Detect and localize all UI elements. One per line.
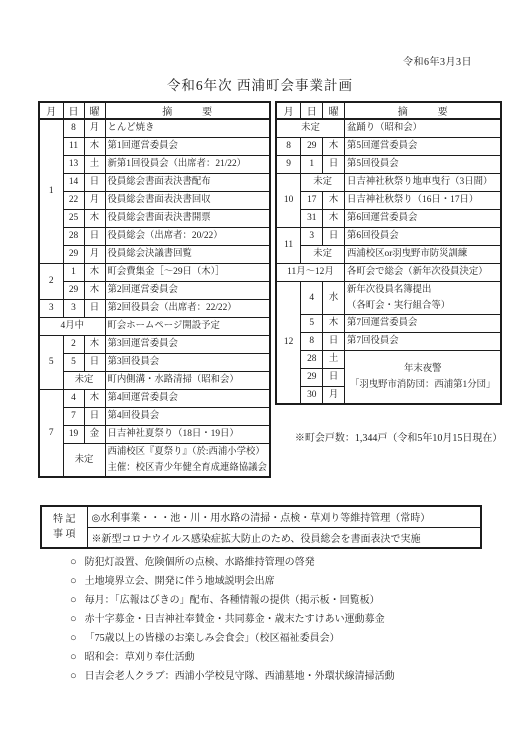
table-row: 29月役員総会決議書回覧 (39, 245, 270, 263)
weekday-cell: 木 (84, 263, 105, 281)
col-header-weekday: 曜 (84, 102, 105, 119)
span-cell: 未定 (63, 443, 105, 477)
month-cell: 11 (276, 227, 301, 263)
month-cell: 3 (39, 299, 63, 317)
schedule-table-right: 月 日 曜 摘 要 未定盆踊り（昭和会）829木第5回運営委員会91日第5回役員… (275, 101, 503, 405)
day-cell: 19 (63, 425, 84, 443)
table-row: 18月とんど焼き (39, 119, 270, 137)
table-row: 22月役員総会書面表決書回収 (39, 191, 270, 209)
activity-bullet-list: ○防犯灯設置、危険個所の点検、水路維持管理の啓発○土地境界立会、開発に伴う地域説… (70, 553, 395, 686)
month-cell: 10 (276, 173, 301, 227)
table-row: 未定西浦校区or羽曳野市防災訓練 (276, 245, 502, 263)
day-cell: 4 (301, 281, 323, 314)
col-header-month: 月 (276, 102, 301, 119)
list-item: ○「75歳以上の皆様のお楽しみ会食会」（校区福祉委員会） (70, 629, 395, 648)
circle-bullet-icon: ○ (70, 591, 77, 610)
special-notes-label-line: 特 記 (53, 514, 76, 525)
day-cell: 29 (63, 245, 84, 263)
weekday-cell: 日 (323, 368, 345, 386)
table-row: 28日役員総会（出席者：20/22） (39, 227, 270, 245)
weekday-cell: 木 (84, 335, 105, 353)
month-cell: 7 (39, 389, 63, 477)
summary-cell: 第7回役員会 (345, 332, 502, 350)
list-item: ○昭和会：草刈り奉仕活動 (70, 648, 395, 667)
list-item: ○赤十字募金・日吉神社奉賛金・共同募金・歳末たすけあい運動募金 (70, 610, 395, 629)
table-row: 31木第6回運営委員会 (276, 209, 502, 227)
summary-cell: 役員総会書面表決書回収 (105, 191, 270, 209)
summary-cell: 日吉神社夏祭り（18日・19日） (105, 425, 270, 443)
weekday-cell: 木 (84, 137, 105, 155)
summary-cell: 役員総会決議書回覧 (105, 245, 270, 263)
table-row: 25木役員総会書面表決書開票 (39, 209, 270, 227)
weekday-cell: 月 (84, 119, 105, 137)
day-cell: 28 (301, 350, 323, 368)
header-row: 月 日 曜 摘 要 (39, 102, 270, 119)
weekday-cell: 土 (84, 155, 105, 173)
list-item: ○日吉会老人クラブ：西浦小学校見守隊、西浦墓地・外環状線清掃活動 (70, 667, 395, 686)
col-header-summary: 摘 要 (345, 102, 502, 119)
weekday-cell: 木 (84, 281, 105, 299)
schedule-tables: 月 日 曜 摘 要 18月とんど焼き11木第1回運営委員会13土新第1回役員会（… (38, 101, 502, 478)
table-row: 21木町会費集金［～29日（木）］ (39, 263, 270, 281)
summary-cell: 役員総会書面表決書開票 (105, 209, 270, 227)
weekday-cell: 木 (323, 314, 345, 332)
day-cell: 7 (63, 407, 84, 425)
month-cell: 1 (39, 119, 63, 263)
summary-cell: 第4回役員会 (105, 407, 270, 425)
special-note: ※新型コロナウイルス感染症拡大防止のため、役員総会を書面表決で実施 (87, 527, 481, 548)
list-item: ○防犯灯設置、危険個所の点検、水路維持管理の啓発 (70, 553, 395, 572)
day-cell: 1 (63, 263, 84, 281)
summary-cell: 新年次役員名簿提出（各町会・実行組合等） (345, 281, 502, 314)
weekday-cell: 木 (84, 209, 105, 227)
day-cell: 30 (301, 386, 323, 404)
list-item-text: 昭和会：草刈り奉仕活動 (85, 652, 195, 663)
summary-cell: 役員総会（出席者：20/22） (105, 227, 270, 245)
table-row: 11木第1回運営委員会 (39, 137, 270, 155)
col-header-month: 月 (39, 102, 63, 119)
summary-cell: 町会ホームページ開設予定 (105, 317, 270, 335)
list-item-text: 土地境界立会、開発に伴う地域説明会出席 (85, 576, 275, 587)
summary-cell: 町会費集金［～29日（木）］ (105, 263, 270, 281)
special-notes-label-line: 事 項 (53, 529, 76, 540)
summary-cell: 役員総会書面表決書配布 (105, 173, 270, 191)
table-row: 特 記 事 項 ◎水利事業・・・池・川・用水路の清掃・点検・草刈り等維持管理（常… (41, 506, 481, 527)
table-row: 33日第2回役員会（出席者：22/22） (39, 299, 270, 317)
weekday-cell: 日 (323, 227, 345, 245)
table-row: 52木第3回運営委員会 (39, 335, 270, 353)
table-row: 未定西浦校区『夏祭り』（於:西浦小学校）主催：校区青少年健全育成連絡協議会 (39, 443, 270, 477)
weekday-cell: 月 (84, 245, 105, 263)
table-row: ※新型コロナウイルス感染症拡大防止のため、役員総会を書面表決で実施 (41, 527, 481, 548)
list-item: ○毎月：「広報はびきの」配布、各種情報の提供（掲示板・回覧板） (70, 591, 395, 610)
weekday-cell: 木 (323, 191, 345, 209)
table-row: 5木第7回運営委員会 (276, 314, 502, 332)
day-cell: 28 (63, 227, 84, 245)
special-notes-label: 特 記 事 項 (41, 506, 87, 548)
right-column: 月 日 曜 摘 要 未定盆踊り（昭和会）829木第5回運営委員会91日第5回役員… (275, 101, 503, 444)
list-item-text: 「75歳以上の皆様のお楽しみ会食会」（校区福祉委員会） (85, 633, 340, 644)
list-item: ○土地境界立会、開発に伴う地域説明会出席 (70, 572, 395, 591)
day-cell: 29 (301, 368, 323, 386)
weekday-cell: 日 (84, 227, 105, 245)
month-cell: 2 (39, 263, 63, 299)
day-cell: 1 (301, 155, 323, 173)
table-row: 未定町内側溝・水路清掃（昭和会） (39, 371, 270, 389)
document-date: 令和6年3月3日 (403, 53, 472, 68)
span-cell: 未定 (276, 119, 345, 137)
household-count-note: ※町会戸数：1,344戸（令和5年10月15日現在） (295, 429, 503, 444)
weekday-cell: 日 (323, 332, 345, 350)
table-row: 10未定日吉神社秋祭り地車曳行（3日間） (276, 173, 502, 191)
day-cell: 29 (301, 137, 323, 155)
day-cell: 17 (301, 191, 323, 209)
day-cell: 13 (63, 155, 84, 173)
circle-bullet-icon: ○ (70, 648, 77, 667)
table-row: 8日第7回役員会 (276, 332, 502, 350)
day-cell: 22 (63, 191, 84, 209)
month-cell: 9 (276, 155, 301, 173)
table-row: 91日第5回役員会 (276, 155, 502, 173)
list-item-text: 赤十字募金・日吉神社奉賛金・共同募金・歳末たすけあい運動募金 (85, 614, 385, 625)
day-cell: 8 (63, 119, 84, 137)
schedule-table-left: 月 日 曜 摘 要 18月とんど焼き11木第1回運営委員会13土新第1回役員会（… (38, 101, 271, 478)
day-cell: 11 (63, 137, 84, 155)
table-row: 14日役員総会書面表決書配布 (39, 173, 270, 191)
weekday-cell: 木 (323, 209, 345, 227)
summary-cell: 西浦校区or羽曳野市防災訓練 (345, 245, 502, 263)
summary-cell: 第7回運営委員会 (345, 314, 502, 332)
summary-cell: 第2回運営委員会 (105, 281, 270, 299)
weekday-cell: 木 (84, 389, 105, 407)
table-row: 28土年末夜警「羽曳野市消防団：西浦第1分団」 (276, 350, 502, 368)
table-row: 13土新第1回役員会（出席者：21/22） (39, 155, 270, 173)
day-cell: 8 (301, 332, 323, 350)
day-cell: 5 (63, 353, 84, 371)
summary-cell: 町内側溝・水路清掃（昭和会） (105, 371, 270, 389)
summary-cell: 第5回運営委員会 (345, 137, 502, 155)
day-cell: 2 (63, 335, 84, 353)
day-cell: 3 (63, 299, 84, 317)
table-row: 7日第4回役員会 (39, 407, 270, 425)
day-cell: 3 (301, 227, 323, 245)
col-header-day: 日 (63, 102, 84, 119)
weekday-cell: 月 (84, 191, 105, 209)
day-cell: 31 (301, 209, 323, 227)
special-note: ◎水利事業・・・池・川・用水路の清掃・点検・草刈り等維持管理（常時） (87, 506, 481, 527)
day-cell: 14 (63, 173, 84, 191)
weekday-cell: 水 (323, 281, 345, 314)
span-cell: 未定 (301, 245, 345, 263)
weekday-cell: 月 (323, 386, 345, 404)
weekday-cell: 日 (323, 155, 345, 173)
summary-cell: 西浦校区『夏祭り』（於:西浦小学校）主催：校区青少年健全育成連絡協議会 (105, 443, 270, 477)
span-cell: 未定 (301, 173, 345, 191)
weekday-cell: 日 (84, 173, 105, 191)
table-row: 4月中町会ホームページ開設予定 (39, 317, 270, 335)
summary-cell: 盆踊り（昭和会） (345, 119, 502, 137)
document-page: 令和6年3月3日 令和6年次 西浦町会事業計画 月 日 曜 摘 要 18月とんど… (0, 0, 520, 735)
list-item-text: 毎月：「広報はびきの」配布、各種情報の提供（掲示板・回覧板） (85, 595, 380, 606)
header-row: 月 日 曜 摘 要 (276, 102, 502, 119)
circle-bullet-icon: ○ (70, 629, 77, 648)
special-notes-box: 特 記 事 項 ◎水利事業・・・池・川・用水路の清掃・点検・草刈り等維持管理（常… (40, 505, 482, 549)
summary-cell: 第1回運営委員会 (105, 137, 270, 155)
summary-cell: 日吉神社秋祭り（16日・17日） (345, 191, 502, 209)
month-cell: 12 (276, 281, 301, 404)
summary-cell: 日吉神社秋祭り地車曳行（3日間） (345, 173, 502, 191)
day-cell: 5 (301, 314, 323, 332)
summary-cell: とんど焼き (105, 119, 270, 137)
circle-bullet-icon: ○ (70, 572, 77, 591)
col-header-weekday: 曜 (323, 102, 345, 119)
list-item-text: 日吉会老人クラブ：西浦小学校見守隊、西浦墓地・外環状線清掃活動 (85, 671, 395, 682)
table-row: 11月～12月各町会で総会（新年次役員決定） (276, 263, 502, 281)
table-row: 未定盆踊り（昭和会） (276, 119, 502, 137)
circle-bullet-icon: ○ (70, 610, 77, 629)
table-row: 829木第5回運営委員会 (276, 137, 502, 155)
summary-cell: 第3回役員会 (105, 353, 270, 371)
weekday-cell: 日 (84, 353, 105, 371)
col-header-day: 日 (301, 102, 323, 119)
summary-cell: 第5回役員会 (345, 155, 502, 173)
page-title: 令和6年次 西浦町会事業計画 (0, 74, 520, 94)
summary-cell: 各町会で総会（新年次役員決定） (345, 263, 502, 281)
summary-cell: 第3回運営委員会 (105, 335, 270, 353)
day-cell: 29 (63, 281, 84, 299)
summary-cell: 第6回役員会 (345, 227, 502, 245)
weekday-cell: 木 (323, 137, 345, 155)
summary-cell: 新第1回役員会（出席者：21/22） (105, 155, 270, 173)
weekday-cell: 日 (84, 407, 105, 425)
table-row: 113日第6回役員会 (276, 227, 502, 245)
weekday-cell: 日 (84, 299, 105, 317)
table-row: 19金日吉神社夏祭り（18日・19日） (39, 425, 270, 443)
month-cell: 5 (39, 335, 63, 389)
table-row: 124水新年次役員名簿提出（各町会・実行組合等） (276, 281, 502, 314)
table-row: 17木日吉神社秋祭り（16日・17日） (276, 191, 502, 209)
summary-cell: 第6回運営委員会 (345, 209, 502, 227)
span-cell: 11月～12月 (276, 263, 345, 281)
day-cell: 25 (63, 209, 84, 227)
table-row: 5日第3回役員会 (39, 353, 270, 371)
summary-cell: 第4回運営委員会 (105, 389, 270, 407)
span-cell: 4月中 (39, 317, 105, 335)
circle-bullet-icon: ○ (70, 667, 77, 686)
day-cell: 4 (63, 389, 84, 407)
weekday-cell: 金 (84, 425, 105, 443)
list-item-text: 防犯灯設置、危険個所の点検、水路維持管理の啓発 (85, 557, 315, 568)
col-header-summary: 摘 要 (105, 102, 270, 119)
table-row: 29木第2回運営委員会 (39, 281, 270, 299)
weekday-cell: 土 (323, 350, 345, 368)
month-cell: 8 (276, 137, 301, 155)
summary-cell: 第2回役員会（出席者：22/22） (105, 299, 270, 317)
circle-bullet-icon: ○ (70, 553, 77, 572)
summary-cell: 年末夜警「羽曳野市消防団：西浦第1分団」 (345, 350, 502, 404)
span-cell: 未定 (63, 371, 105, 389)
table-row: 74木第4回運営委員会 (39, 389, 270, 407)
